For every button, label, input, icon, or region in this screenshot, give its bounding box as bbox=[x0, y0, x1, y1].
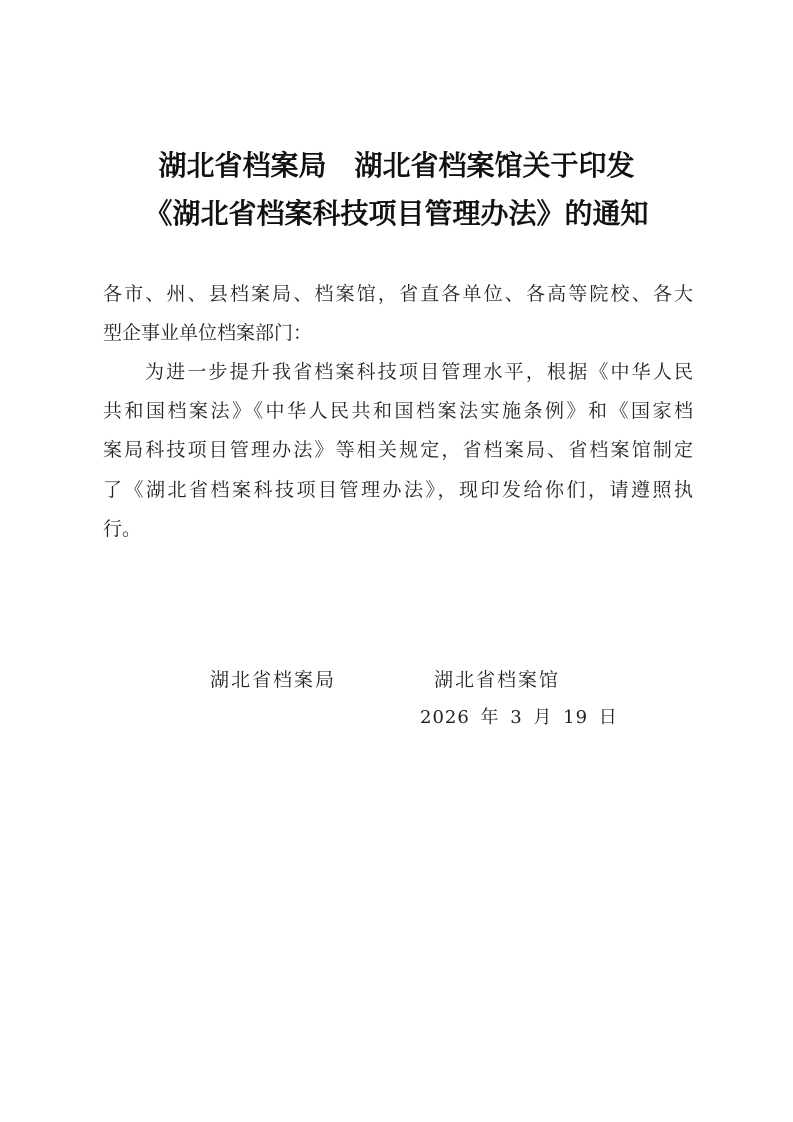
document-page: 湖北省档案局 湖北省档案馆关于印发 《湖北省档案科技项目管理办法》的通知 各市、… bbox=[0, 0, 793, 1122]
issue-date: 2026 年 3 月 19 日 bbox=[420, 706, 618, 730]
body-line-1: 为进一步提升我省档案科技项目管理水平，根据《中华人民 bbox=[145, 360, 693, 384]
document-title-line-2: 《湖北省档案科技项目管理办法》的通知 bbox=[0, 194, 793, 234]
body-line-5: 行。 bbox=[103, 517, 693, 541]
body-line-4: 了《湖北省档案科技项目管理办法》，现印发给你们，请遵照执 bbox=[103, 478, 693, 502]
issuer-archives-bureau: 湖北省档案局 bbox=[210, 668, 336, 692]
salutation-line-2: 型企事业单位档案部门： bbox=[103, 321, 693, 345]
body-line-3: 案局科技项目管理办法》等相关规定，省档案局、省档案馆制定 bbox=[103, 438, 693, 462]
document-title-line-1: 湖北省档案局 湖北省档案馆关于印发 bbox=[0, 146, 793, 186]
issuer-archives-museum: 湖北省档案馆 bbox=[434, 668, 560, 692]
body-line-2: 共和国档案法》《中华人民共和国档案法实施条例》和《国家档 bbox=[103, 399, 693, 423]
salutation-line-1: 各市、州、县档案局、档案馆，省直各单位、各高等院校、各大 bbox=[103, 282, 693, 306]
